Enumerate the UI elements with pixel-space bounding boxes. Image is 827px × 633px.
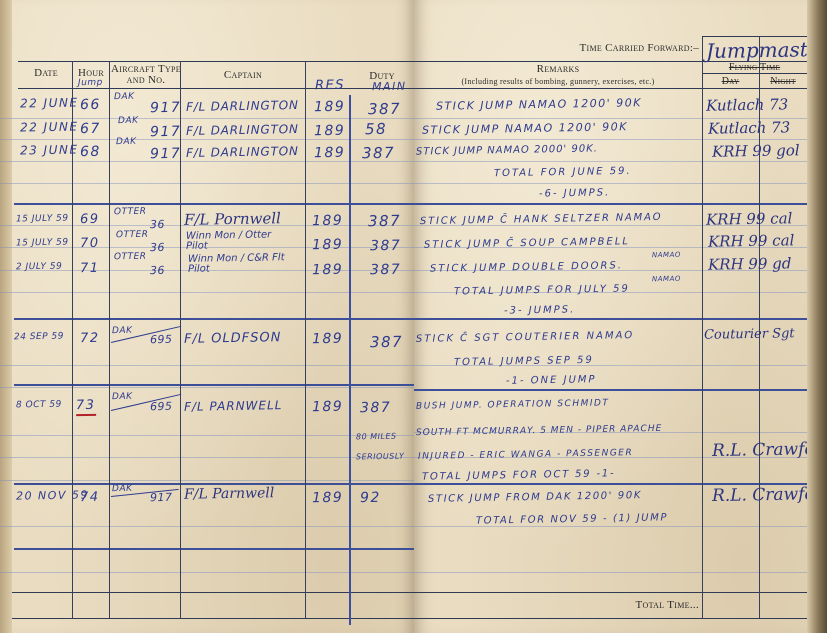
flying-time-sub-rule xyxy=(702,73,807,74)
entry-aircraft-no: 917 xyxy=(150,491,173,504)
entry-aircraft-no: 36 xyxy=(150,264,165,277)
entry-res: 189 xyxy=(312,331,344,348)
footer-rule xyxy=(414,592,807,593)
logbook-left-page: Date Hour Jump Aircraft Type and No. Cap… xyxy=(0,0,414,633)
month-separator xyxy=(14,483,414,485)
ruled-line xyxy=(0,139,414,140)
remark-line: -3- Jumps. xyxy=(504,304,575,316)
overflow-note: Seriously xyxy=(356,452,405,462)
remark-line: Total Jumps Sep 59 xyxy=(454,355,594,368)
remark-line: Total for June 59. xyxy=(494,166,632,179)
month-separator xyxy=(414,318,807,320)
column-divider xyxy=(305,61,306,618)
entry-main: 387 xyxy=(370,238,402,255)
jumpmaster-signature: KRH 99 cal xyxy=(706,209,793,229)
remark-line: -6- Jumps. xyxy=(539,187,610,199)
entry-aircraft-type: Dak xyxy=(118,116,139,126)
header-date: Date xyxy=(20,68,72,79)
total-time-label: Total Time... xyxy=(534,600,699,611)
remark-line: Stick Jump c̄ Soup Campbell xyxy=(424,236,630,251)
entry-captain: F/L Parnwell xyxy=(184,398,283,414)
entry-main: 387 xyxy=(368,212,401,231)
entry-hour: 71 xyxy=(80,261,100,276)
entry-aircraft-type: Otter xyxy=(116,230,149,241)
ruled-line xyxy=(414,572,827,573)
month-separator xyxy=(14,203,414,205)
entry-hour: 72 xyxy=(80,331,100,346)
entry-main: 387 xyxy=(370,262,402,279)
footer-rule-bottom xyxy=(12,618,414,619)
entry-aircraft-type: Dak xyxy=(116,137,137,147)
remark-line: Total for Nov 59 - (1) Jump xyxy=(476,512,668,526)
month-separator xyxy=(14,384,414,386)
ruled-line xyxy=(0,526,414,527)
ruled-line xyxy=(0,387,414,388)
header-duty-main: Main xyxy=(372,80,407,94)
header-bottom-rule xyxy=(414,88,807,89)
overflow-note: 80 Miles xyxy=(356,432,397,442)
header-day: Day xyxy=(702,76,759,87)
header-duty-res: Res xyxy=(315,78,345,94)
entry-res: 189 xyxy=(312,237,344,254)
entry-aircraft-type: Dak xyxy=(112,326,133,336)
time-carried-forward-label: Time Carried Forward:– xyxy=(534,43,699,54)
entry-captain: F/L Darlington xyxy=(186,144,299,160)
column-divider xyxy=(702,36,703,618)
entry-hour: 70 xyxy=(80,236,100,251)
remark-line: Stick Jump Double Doors. xyxy=(430,260,623,274)
entry-captain: F/L Oldfson xyxy=(184,330,282,347)
jumpmaster-signature: Kutlach 73 xyxy=(706,95,789,114)
entry-main: 387 xyxy=(360,400,392,417)
jumpmaster-signature: Kutlach 73 xyxy=(708,118,791,137)
ruled-line xyxy=(0,161,414,162)
header-flying-time: Flying Time xyxy=(702,62,807,73)
header-night: Night xyxy=(759,76,807,87)
entry-hour: 68 xyxy=(80,144,101,160)
entry-aircraft-no: 917 xyxy=(150,146,182,163)
remark-line: Total Jumps for Oct 59 -1- xyxy=(422,468,616,482)
entry-res: 189 xyxy=(314,99,346,116)
header-remarks-subtitle: (Including results of bombing, gunnery, … xyxy=(414,76,702,87)
month-separator xyxy=(14,318,414,320)
remark-line: Stick Jump Namao 1200' 90K xyxy=(422,120,628,137)
entry-res: 189 xyxy=(312,262,344,279)
ruled-line xyxy=(0,572,414,573)
entry-aircraft-type: Otter xyxy=(114,252,147,263)
jumpmaster-signature: KRH 99 cal xyxy=(708,231,795,251)
column-divider xyxy=(180,61,181,618)
entry-captain: Winn Mon / Otter Pilot xyxy=(186,230,286,252)
remark-line: Bush Jump. Operation Schmidt xyxy=(416,398,610,411)
jumpmaster-annotation: Jumpmaster xyxy=(706,37,827,63)
header-remarks: Remarks xyxy=(414,64,702,75)
entry-res: 189 xyxy=(312,213,344,230)
entry-hour: 69 xyxy=(80,212,100,227)
entry-aircraft-no: 36 xyxy=(150,218,165,231)
remark-line: injured - Eric Wanga - Passenger xyxy=(418,448,633,462)
ruled-line xyxy=(0,457,414,458)
entry-aircraft-no: 695 xyxy=(150,333,173,346)
entry-captain: F/L Pornwell xyxy=(184,209,281,229)
duty-split-line xyxy=(349,95,351,625)
entry-main: 387 xyxy=(362,144,395,163)
header-captain: Captain xyxy=(181,70,305,81)
entry-res: 189 xyxy=(312,399,344,416)
remark-line: South Ft McMurray. 5 men - Piper Apache xyxy=(416,424,662,438)
entry-date: 24 Sep 59 xyxy=(14,332,64,343)
jumpmaster-signature: KRH 99 gd xyxy=(708,254,792,273)
remark-line: Namao xyxy=(652,251,681,260)
jumpmaster-signature: KRH 99 gol xyxy=(712,141,800,161)
entry-captain: F/L Darlington xyxy=(186,122,299,138)
entry-date: 22 June xyxy=(20,119,79,134)
month-separator xyxy=(14,548,414,550)
ruled-line xyxy=(0,292,414,293)
jumpmaster-signature: Couturier Sgt xyxy=(704,326,795,343)
entry-captain: F/L Darlington xyxy=(186,98,299,114)
entry-res: 189 xyxy=(312,490,344,507)
entry-hour: 74 xyxy=(80,490,100,505)
entry-date: 8 Oct 59 xyxy=(16,400,62,411)
footer-rule-bottom xyxy=(414,618,807,619)
entry-aircraft-no: 695 xyxy=(150,400,173,413)
header-top-rule xyxy=(18,61,414,62)
entry-date: 15 July 59 xyxy=(16,214,69,225)
entry-aircraft-type: Dak xyxy=(112,484,133,494)
header-hour-annotation: Jump xyxy=(78,78,103,88)
remark-line: Stick c̄ Sgt Couterier Namao xyxy=(416,330,634,345)
ruled-line xyxy=(0,365,414,366)
entry-aircraft-type: Otter xyxy=(114,207,147,218)
ruled-line xyxy=(0,480,414,481)
entry-main: 387 xyxy=(370,333,403,352)
ruled-line xyxy=(0,183,414,184)
ruled-line xyxy=(0,435,414,436)
entry-main: 387 xyxy=(368,100,401,119)
entry-aircraft-no: 917 xyxy=(150,124,182,141)
entry-main: 58 xyxy=(365,120,387,138)
entry-aircraft-no: 36 xyxy=(150,241,165,254)
entry-date: 23 June xyxy=(20,142,79,157)
entry-aircraft-type: Dak xyxy=(112,392,133,402)
entry-hour: 66 xyxy=(80,97,101,113)
ruled-line xyxy=(414,183,827,184)
jumpmaster-signature: R.L. Crawford xyxy=(712,484,827,506)
ruled-line xyxy=(414,161,827,162)
entry-captain: F/L Parnwell xyxy=(184,485,275,503)
remark-line: -1- one Jump xyxy=(506,374,597,387)
remark-line: Stick Jump Namao 1200' 90K xyxy=(436,96,642,113)
remark-line: Stick Jump Namao 2000' 90K. xyxy=(416,143,598,157)
remark-line: Total Jumps for July 59 xyxy=(454,283,630,297)
month-separator xyxy=(414,203,807,205)
remark-line: Namao xyxy=(652,275,681,284)
header-aircraft: Aircraft Type and No. xyxy=(110,64,182,86)
entry-date: 15 July 59 xyxy=(16,238,69,249)
entry-aircraft-no: 917 xyxy=(150,100,182,117)
logbook-right-page: Time Carried Forward:– Jumpmaster Remark… xyxy=(414,0,827,633)
month-separator xyxy=(414,389,807,391)
entry-res: 189 xyxy=(314,145,346,162)
entry-date: 2 July 59 xyxy=(16,262,62,273)
entry-date: 20 Nov 59 xyxy=(16,488,89,502)
entry-hour: 73 xyxy=(76,398,96,416)
entry-res: 189 xyxy=(314,123,346,140)
jumpmaster-signature: R.L. Crawford xyxy=(712,439,827,461)
ruled-line xyxy=(414,139,827,140)
entry-main: 92 xyxy=(360,490,381,506)
entry-hour: 67 xyxy=(80,121,101,137)
entry-captain: Winn Mon / C&R Flt Pilot xyxy=(188,253,288,275)
column-divider xyxy=(109,61,110,618)
entry-date: 22 June xyxy=(20,95,79,110)
remark-line: Stick Jump from Dak 1200' 90K xyxy=(428,490,642,505)
entry-aircraft-type: Dak xyxy=(114,92,135,102)
